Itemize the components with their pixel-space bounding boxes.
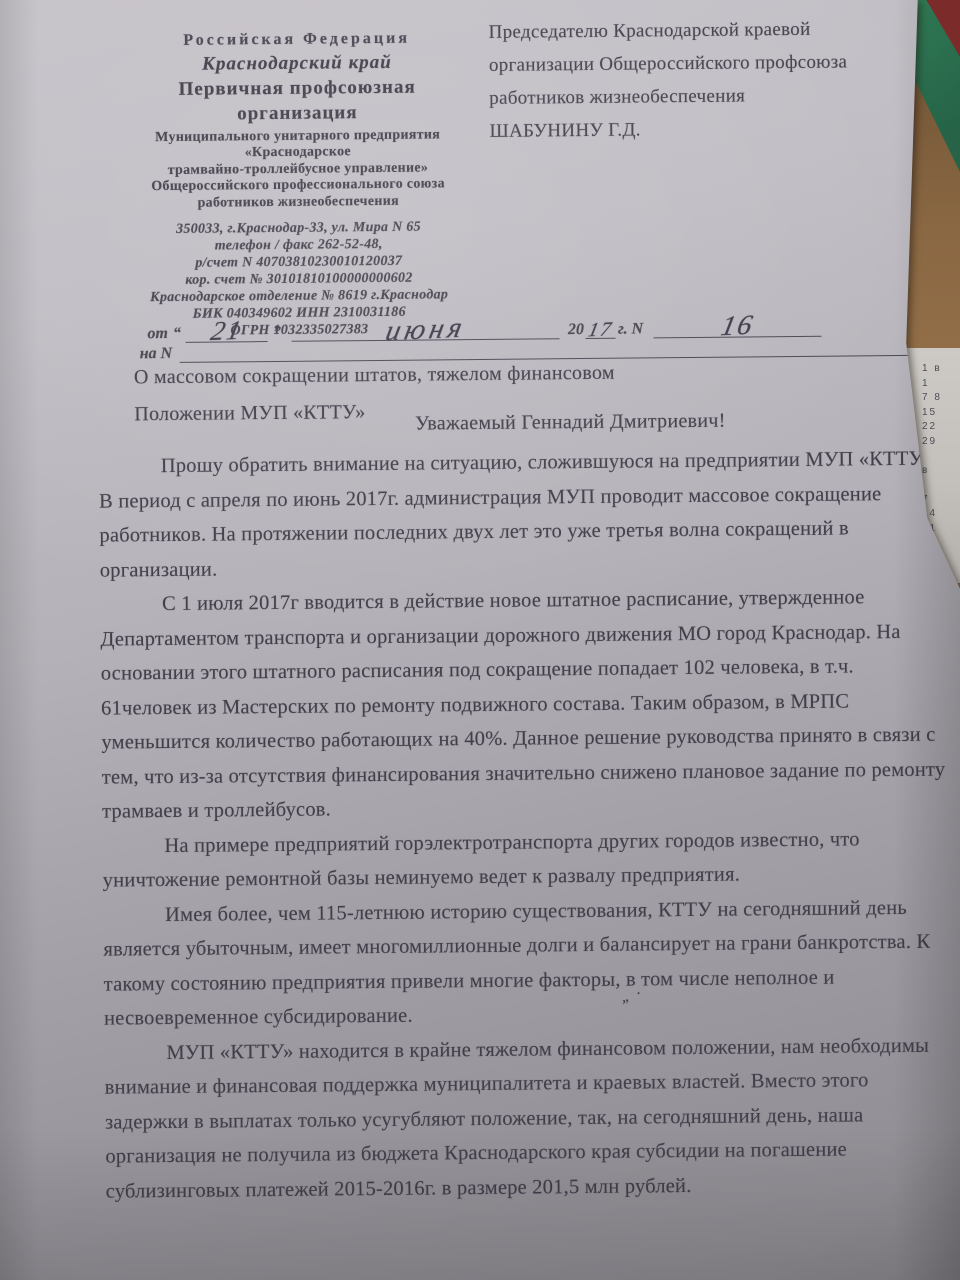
letterhead-address-line: р/счет N 40703810230010120037 bbox=[99, 252, 499, 273]
letterhead-region: Краснодарский край bbox=[97, 49, 497, 78]
subject-line: О массовом сокращении штатов, тяжелом фи… bbox=[134, 354, 734, 397]
body-line: организация не получила из бюджета Красн… bbox=[105, 1131, 955, 1174]
body-line: 61человек из Мастерских по ремонту подви… bbox=[101, 683, 951, 726]
letterhead-address-line: БИК 040349602 ИНН 2310031186 bbox=[99, 303, 499, 324]
addressee-line: ШАБУНИНУ Г.Д. bbox=[489, 111, 919, 148]
body-line: является убыточным, имеет многомиллионны… bbox=[103, 924, 953, 967]
body-line: В период с апреля по июнь 2017г. админис… bbox=[99, 476, 949, 519]
addressee-line: организации Общероссийского профсоюза bbox=[489, 45, 919, 82]
date-day-blank: 21 bbox=[186, 310, 268, 343]
handwritten-day: 21 bbox=[208, 315, 246, 347]
letterhead-subline: «Краснодарское bbox=[98, 143, 498, 163]
body-line: внимание и финансовая поддержка муниципа… bbox=[105, 1062, 955, 1105]
letter-sheet-wrap: Российская Федерация Краснодарский край … bbox=[0, 0, 960, 1280]
body-line: уменьшится количество работающих на 40%.… bbox=[101, 717, 951, 760]
letterhead-org-title-2: организация bbox=[97, 99, 497, 128]
subject-block: О массовом сокращении штатов, тяжелом фи… bbox=[134, 354, 735, 434]
letterhead-subline: работников жизнеобеспечения bbox=[98, 192, 498, 212]
reply-to-row: на N bbox=[140, 338, 910, 363]
paragraph: Имея более, чем 115-летнюю историю сущес… bbox=[103, 890, 954, 1036]
letterhead-org-title-1: Первичная профсоюзная bbox=[97, 74, 497, 103]
addressee-block: Председателю Краснодарской краевойоргани… bbox=[488, 12, 919, 148]
addressee-line: Председателю Краснодарской краевой bbox=[488, 12, 918, 49]
handwritten-year: 17 bbox=[586, 318, 615, 342]
letterhead-address: 350033, г.Краснодар-33, ул. Мира N 65тел… bbox=[98, 218, 499, 341]
body-line: трамваев и троллейбусов. bbox=[102, 786, 952, 829]
paragraph: МУП «КТТУ» находится в крайне тяжелом фи… bbox=[104, 1028, 956, 1209]
year-prefix: 20 bbox=[568, 321, 584, 339]
body-line: сублизинговых платежей 2015-2016г. в раз… bbox=[106, 1166, 956, 1209]
close-quote: ” bbox=[273, 324, 281, 342]
body-line: несвоевременное субсидирование. bbox=[104, 993, 954, 1036]
reply-label: на N bbox=[140, 345, 173, 363]
body-line: С 1 июля 2017г вводится в действие новое… bbox=[100, 579, 950, 622]
body-line: задержки в выплатах только усугубляют по… bbox=[105, 1097, 955, 1140]
letter-body: Прошу обратить внимание на ситуацию, сло… bbox=[99, 442, 956, 1209]
body-line: организации. bbox=[100, 545, 950, 588]
letterhead-subline: Общероссийского профессионального союза bbox=[98, 176, 498, 196]
letterhead: Российская Федерация Краснодарский край … bbox=[97, 26, 500, 341]
salutation: Уважаемый Геннадий Дмитриевич! bbox=[170, 407, 960, 438]
open-quote: “ bbox=[173, 325, 181, 343]
body-line: такому состоянию предприятия привели мно… bbox=[104, 959, 954, 1002]
body-line: МУП «КТТУ» находится в крайне тяжелом фи… bbox=[104, 1028, 954, 1071]
handwritten-number: 16 bbox=[718, 310, 757, 343]
body-line: Прошу обратить внимание на ситуацию, сло… bbox=[99, 442, 949, 485]
outgoing-number-blank: 16 bbox=[653, 304, 821, 339]
letter-sheet: Российская Федерация Краснодарский край … bbox=[0, 0, 960, 1280]
date-from-label: от bbox=[147, 325, 168, 343]
body-line: Департаментом транспорта и организации д… bbox=[100, 614, 950, 657]
letterhead-subline: Муниципального унитарного предприятия bbox=[98, 127, 498, 147]
reply-number-blank bbox=[180, 355, 910, 363]
paragraph: Прошу обратить внимание на ситуацию, сло… bbox=[99, 442, 950, 588]
ink-mark-layer: „ · bbox=[99, 442, 949, 450]
pen-scribble-mark: „ · bbox=[622, 985, 644, 1007]
letterhead-address-line: ОГРН 1032335027383 bbox=[99, 320, 499, 341]
body-line: тем, что из-за отсутствия финансирования… bbox=[102, 752, 952, 795]
addressee-line: работников жизнеобеспечения bbox=[489, 78, 919, 115]
date-number-row: от “ 21 ” июня 20 17 г. N 16 bbox=[147, 302, 907, 343]
year-suffix: г. N bbox=[618, 320, 643, 338]
letterhead-address-line: кор. счет № 30101810100000000602 bbox=[99, 269, 499, 290]
body-line: работников. На протяжении последних двух… bbox=[99, 511, 949, 554]
letterhead-country: Российская Федерация bbox=[97, 26, 497, 53]
letterhead-address-line: Краснодарское отделение № 8619 г.Краснод… bbox=[99, 286, 499, 307]
body-line: На примере предприятий горэлектротранспо… bbox=[102, 821, 952, 864]
year-blank: 17 bbox=[586, 315, 616, 339]
letterhead-subline: трамвайно-троллейбусное управление» bbox=[98, 160, 498, 180]
date-month-blank: июня bbox=[292, 305, 560, 342]
body-line: уничтожение ремонтной базы неминуемо вед… bbox=[103, 855, 953, 898]
letterhead-org-sublines: Муниципального унитарного предприятия«Кр… bbox=[98, 127, 499, 213]
letterhead-address-line: 350033, г.Краснодар-33, ул. Мира N 65 bbox=[98, 218, 498, 239]
paragraph: На примере предприятий горэлектротранспо… bbox=[102, 821, 953, 898]
handwritten-month: июня bbox=[383, 312, 469, 349]
body-line: Имея более, чем 115-летнюю историю сущес… bbox=[103, 890, 953, 933]
paragraph: С 1 июля 2017г вводится в действие новое… bbox=[100, 579, 952, 829]
letterhead-address-line: телефон / факс 262-52-48, bbox=[99, 235, 499, 256]
letter-content: Российская Федерация Краснодарский край … bbox=[0, 0, 960, 1280]
body-line: основании этого штатного расписания под … bbox=[101, 648, 951, 691]
subject-line: Положении МУП «КТТУ» bbox=[134, 391, 734, 434]
